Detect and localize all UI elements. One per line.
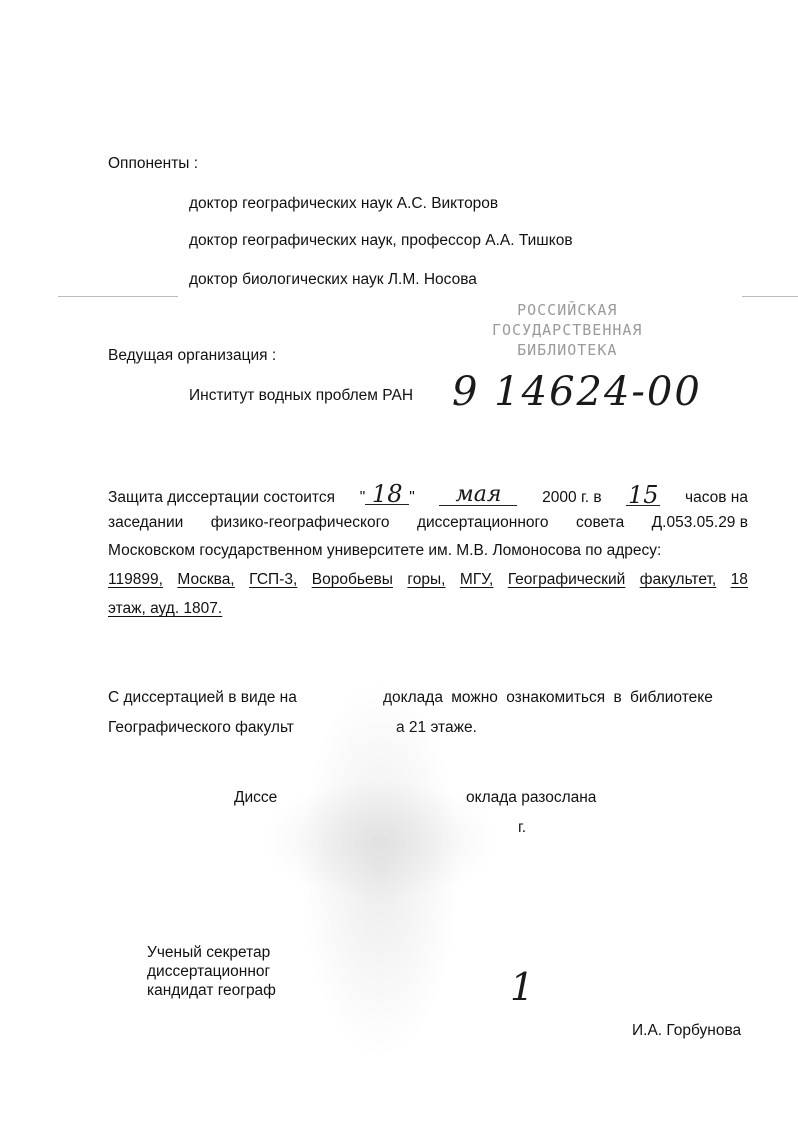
- address-word: 119899,: [108, 572, 163, 588]
- address-word: горы,: [407, 572, 445, 588]
- defense-hour: 15: [626, 485, 660, 506]
- scan-smudge: [260, 780, 500, 900]
- opponent-1: доктор географических наук А.С. Викторов: [189, 196, 498, 212]
- scan-rule-left: [58, 296, 178, 297]
- signature: 1: [510, 968, 534, 1006]
- defense-day: 18: [365, 484, 409, 505]
- lead-org-heading: Ведущая организация :: [108, 348, 276, 364]
- address-word: Воробьевы: [312, 572, 393, 588]
- address-word: факультет,: [640, 572, 716, 588]
- lead-org-name: Институт водных проблем РАН: [189, 388, 413, 404]
- address-word: 18: [731, 572, 748, 588]
- secretary-line-2: диссертационног: [147, 962, 276, 981]
- word: диссертационного: [417, 515, 548, 531]
- council-code: Д.053.05.29 в: [652, 515, 748, 531]
- defense-line-3: Московском государственном университете …: [108, 543, 661, 559]
- address-line-2: этаж, ауд. 1807.: [108, 601, 222, 617]
- opponent-3: доктор биологических наук Л.М. Носова: [189, 272, 477, 288]
- address-word: Географический: [508, 572, 625, 588]
- handwritten-accession-number: 9 14624-00: [452, 372, 702, 412]
- scan-rule-right: [742, 296, 798, 297]
- defense-day-wrap: "18": [360, 484, 415, 506]
- stamp-line-1: РОССИЙСКАЯ: [492, 300, 642, 320]
- library-line-1a: С диссертацией в виде на: [108, 690, 297, 706]
- word: совета: [576, 515, 624, 531]
- address-word: МГУ,: [460, 572, 493, 588]
- secretary-title: Ученый секретар диссертационног кандидат…: [147, 943, 276, 1000]
- distribution-line-2: г.: [518, 820, 526, 836]
- defense-year: 2000 г. в: [542, 490, 601, 506]
- stamp-line-3: БИБЛИОТЕКА: [492, 340, 642, 360]
- secretary-name: И.А. Горбунова: [632, 1023, 741, 1039]
- defense-prefix: Защита диссертации состоится: [108, 490, 335, 506]
- defense-line-2: заседании физико-географического диссерт…: [108, 515, 748, 531]
- secretary-line-1: Ученый секретар: [147, 943, 276, 962]
- address-line-1: 119899, Москва, ГСП-3, Воробьевы горы, М…: [108, 572, 748, 588]
- stamp-line-2: ГОСУДАРСТВЕННАЯ: [492, 320, 642, 340]
- defense-suffix: часов на: [685, 490, 748, 506]
- defense-line-1: Защита диссертации состоится "18" мая 20…: [108, 484, 748, 506]
- address-word: ГСП-3,: [249, 572, 297, 588]
- library-line-2a: Географического факульт: [108, 720, 294, 736]
- opponents-heading: Оппоненты :: [108, 156, 198, 172]
- word: заседании: [108, 515, 183, 531]
- address-word: Москва,: [177, 572, 234, 588]
- opponent-2: доктор географических наук, профессор А.…: [189, 233, 573, 249]
- secretary-line-3: кандидат географ: [147, 981, 276, 1000]
- library-stamp: РОССИЙСКАЯ ГОСУДАРСТВЕННАЯ БИБЛИОТЕКА: [492, 300, 642, 360]
- word: физико-географического: [211, 515, 390, 531]
- defense-month: мая: [439, 485, 517, 506]
